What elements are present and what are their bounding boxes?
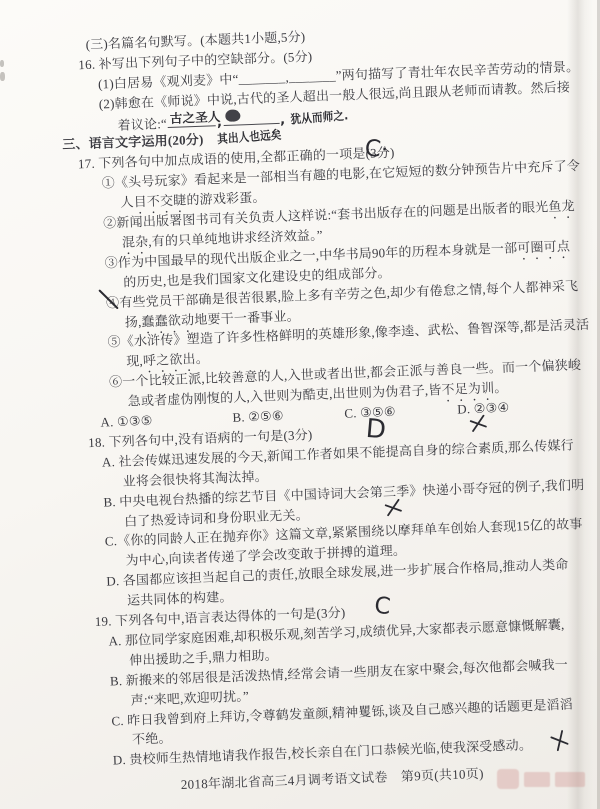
idiom-emphasized: 可圈可点 [517, 238, 570, 255]
watermark-logo [497, 766, 593, 792]
handwritten-note: 其出人也远矣 [217, 127, 282, 148]
handwritten-scribble-blot [225, 108, 240, 125]
q18-option-a-line2: 业将会很快将其淘汰掉。 [122, 469, 268, 490]
q17-option-a: A. ①③⑤ [100, 413, 153, 431]
page-footer: 2018年湖北省高三4月调考语文试卷 第9页(共10页) [180, 763, 484, 793]
page-fold-shadow [567, 0, 593, 809]
q19-option-c-line2: 不绝。 [132, 730, 172, 747]
section-lang-title: 三、语言文字运用(20分) [62, 132, 204, 152]
handwritten-answer-q18: D [365, 416, 387, 444]
text: 人 [120, 194, 134, 209]
answer-blank-1: 古之圣人 [168, 112, 216, 128]
text: 的游戏彩蛋。 [186, 189, 266, 207]
handwritten-x-mark-q18b [384, 499, 405, 518]
q16-item2-prefix: 着议论:“ [117, 116, 167, 133]
handwritten-answer-q17: C· [364, 137, 389, 162]
text: 扬, [125, 314, 142, 330]
exam-sheet: (三)名篇名句默写。(本题共1小题,5分) 16. 补写出下列句子中的空缺部分。… [57, 0, 600, 808]
q18-option-d-line2: 运共同体的构建。 [127, 589, 233, 609]
scan-speck [0, 60, 4, 67]
text: 地要干一番事业。 [194, 308, 300, 327]
scanned-exam-page: { "colors": { "paper": "#f8f6f2", "ink":… [0, 0, 600, 809]
text: 。 [195, 351, 209, 366]
scan-speck [0, 72, 5, 81]
handwritten-answer-3: 犹从而师之. [290, 107, 349, 127]
q17-option-b: B. ②⑤⑥ [232, 408, 284, 426]
handwritten-slash-mark [98, 288, 125, 313]
handwritten-answer-1: 古之圣人 [170, 109, 221, 127]
q19-option-b-line2: 声:“来吧,欢迎叨扰。” [130, 688, 249, 708]
idiom-emphasized: 混杂 [122, 234, 149, 250]
q19-option-a-line2: 伸出援助之手,鼎力相助。 [129, 647, 278, 668]
answer-blank-2 [223, 110, 279, 126]
idiom-emphasized: 目不交睫 [133, 192, 186, 209]
idiom-emphasized: 呼之欲出 [143, 351, 196, 368]
text: 现, [126, 353, 143, 369]
idiom-emphasized: 不足为训 [441, 380, 494, 397]
text: 。 [494, 380, 508, 395]
handwritten-answer-q19: C [374, 595, 392, 619]
idiom-emphasized: 蠢蠢欲动 [141, 312, 194, 329]
handwritten-x-mark-q17 [468, 414, 489, 433]
